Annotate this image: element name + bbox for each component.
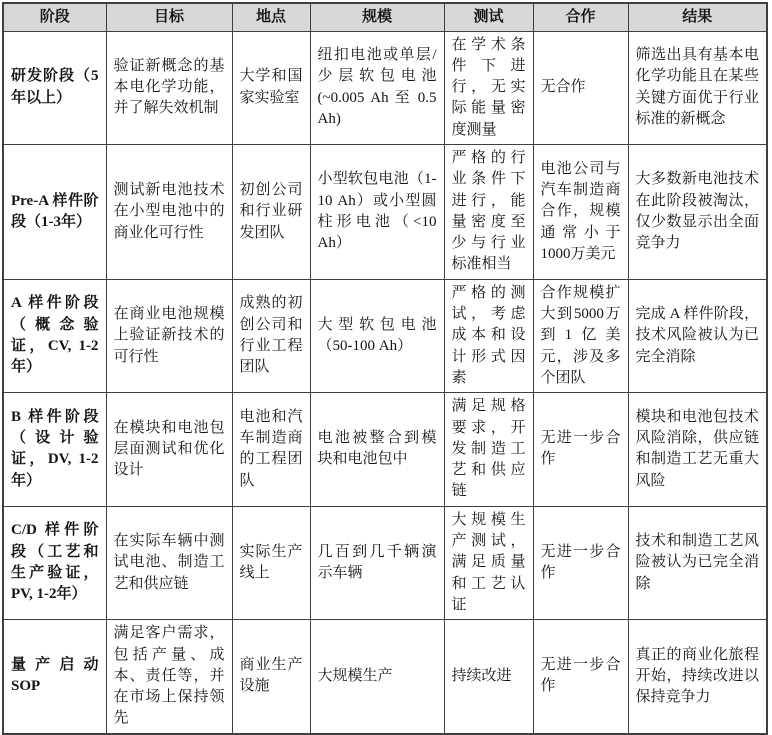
cell-stage: C/D 样件阶段（工艺和生产验证，PV, 1-2年） <box>3 506 106 619</box>
header-row: 阶段 目标 地点 规模 测试 合作 结果 <box>3 3 767 31</box>
cell-scale: 电池被整合到模块和电池包中 <box>310 393 444 506</box>
cell-stage: 研发阶段（5年以上） <box>3 31 106 144</box>
table-row: C/D 样件阶段（工艺和生产验证，PV, 1-2年） 在实际车辆中测试电池、制造… <box>3 506 767 619</box>
column-header-testing: 测试 <box>444 3 533 31</box>
cell-testing: 满足规格要求，开发制造工艺和供应链 <box>444 393 533 506</box>
column-header-goal: 目标 <box>106 3 232 31</box>
column-header-stage: 阶段 <box>3 3 106 31</box>
cell-goal: 验证新概念的基本电化学功能，并了解失效机制 <box>106 31 232 144</box>
cell-stage: B 样件阶段（设计验证，DV, 1-2年） <box>3 393 106 506</box>
cell-cooperation: 无进一步合作 <box>533 620 628 734</box>
cell-stage: A 样件阶段（概念验证，CV, 1-2年） <box>3 279 106 392</box>
table-row: A 样件阶段（概念验证，CV, 1-2年） 在商业电池规模上验证新技术的可行性 … <box>3 279 767 392</box>
cell-scale: 大规模生产 <box>310 620 444 734</box>
cell-scale: 几百到几千辆演示车辆 <box>310 506 444 619</box>
cell-testing: 大规模生产测试，满足质量和工艺认证 <box>444 506 533 619</box>
cell-stage: 量产启动 SOP <box>3 620 106 734</box>
cell-cooperation: 电池公司与汽车制造商合作，规模通常小于1000万美元 <box>533 144 628 279</box>
table-row: 量产启动 SOP 满足客户需求，包括产量、成本、责任等，并在市场上保持领先 商业… <box>3 620 767 734</box>
cell-scale: 大型软包电池（50-100 Ah） <box>310 279 444 392</box>
cell-testing: 严格的行业条件下进行，能量密度至少与行业标准相当 <box>444 144 533 279</box>
cell-location: 实际生产线上 <box>232 506 310 619</box>
page: 阶段 目标 地点 规模 测试 合作 结果 研发阶段（5年以上） 验证新概念的基本… <box>0 0 772 574</box>
table-row: B 样件阶段（设计验证，DV, 1-2年） 在模块和电池包层面测试和优化设计 电… <box>3 393 767 506</box>
cell-location: 大学和国家实验室 <box>232 31 310 144</box>
cell-testing: 严格的测试，考虑成本和设计形式因素 <box>444 279 533 392</box>
cell-result: 筛选出具有基本电化学功能且在某些关键方面优于行业标准的新概念 <box>628 31 767 144</box>
cell-result: 模块和电池包技术风险消除，供应链和制造工艺无重大风险 <box>628 393 767 506</box>
cell-scale: 小型软包电池（1-10 Ah）或小型圆柱形电池（<10 Ah） <box>310 144 444 279</box>
cell-goal: 在商业电池规模上验证新技术的可行性 <box>106 279 232 392</box>
cell-goal: 测试新电池技术在小型电池中的商业化可行性 <box>106 144 232 279</box>
cell-result: 完成 A 样件阶段，技术风险被认为已完全消除 <box>628 279 767 392</box>
cell-cooperation: 无进一步合作 <box>533 393 628 506</box>
column-header-result: 结果 <box>628 3 767 31</box>
cell-testing: 在学术条件下进行，无实际能量密度测量 <box>444 31 533 144</box>
cell-result: 大多数新电池技术在此阶段被淘汰，仅少数显示出全面竞争力 <box>628 144 767 279</box>
cell-location: 电池和汽车制造商的工程团队 <box>232 393 310 506</box>
cell-goal: 在实际车辆中测试电池、制造工艺和供应链 <box>106 506 232 619</box>
cell-result: 真正的商业化旅程开始，持续改进以保持竞争力 <box>628 620 767 734</box>
column-header-location: 地点 <box>232 3 310 31</box>
cell-testing: 持续改进 <box>444 620 533 734</box>
cell-location: 商业生产设施 <box>232 620 310 734</box>
cell-cooperation: 无进一步合作 <box>533 506 628 619</box>
cell-location: 初创公司和行业研发团队 <box>232 144 310 279</box>
cell-cooperation: 合作规模扩大到5000万到1亿美元，涉及多个团队 <box>533 279 628 392</box>
cell-scale: 纽扣电池或单层/少层软包电池 (~0.005 Ah 至 0.5 Ah) <box>310 31 444 144</box>
cell-goal: 在模块和电池包层面测试和优化设计 <box>106 393 232 506</box>
column-header-cooperation: 合作 <box>533 3 628 31</box>
column-header-scale: 规模 <box>310 3 444 31</box>
cell-result: 技术和制造工艺风险被认为已完全消除 <box>628 506 767 619</box>
cell-stage: Pre-A 样件阶段（1-3年） <box>3 144 106 279</box>
table-row: Pre-A 样件阶段（1-3年） 测试新电池技术在小型电池中的商业化可行性 初创… <box>3 144 767 279</box>
cell-location: 成熟的初创公司和行业工程团队 <box>232 279 310 392</box>
cell-goal: 满足客户需求，包括产量、成本、责任等，并在市场上保持领先 <box>106 620 232 734</box>
table-header: 阶段 目标 地点 规模 测试 合作 结果 <box>3 3 767 31</box>
table-row: 研发阶段（5年以上） 验证新概念的基本电化学功能，并了解失效机制 大学和国家实验… <box>3 31 767 144</box>
cell-cooperation: 无合作 <box>533 31 628 144</box>
battery-development-stage-table: 阶段 目标 地点 规模 测试 合作 结果 研发阶段（5年以上） 验证新概念的基本… <box>2 2 768 735</box>
table-body: 研发阶段（5年以上） 验证新概念的基本电化学功能，并了解失效机制 大学和国家实验… <box>3 31 767 734</box>
